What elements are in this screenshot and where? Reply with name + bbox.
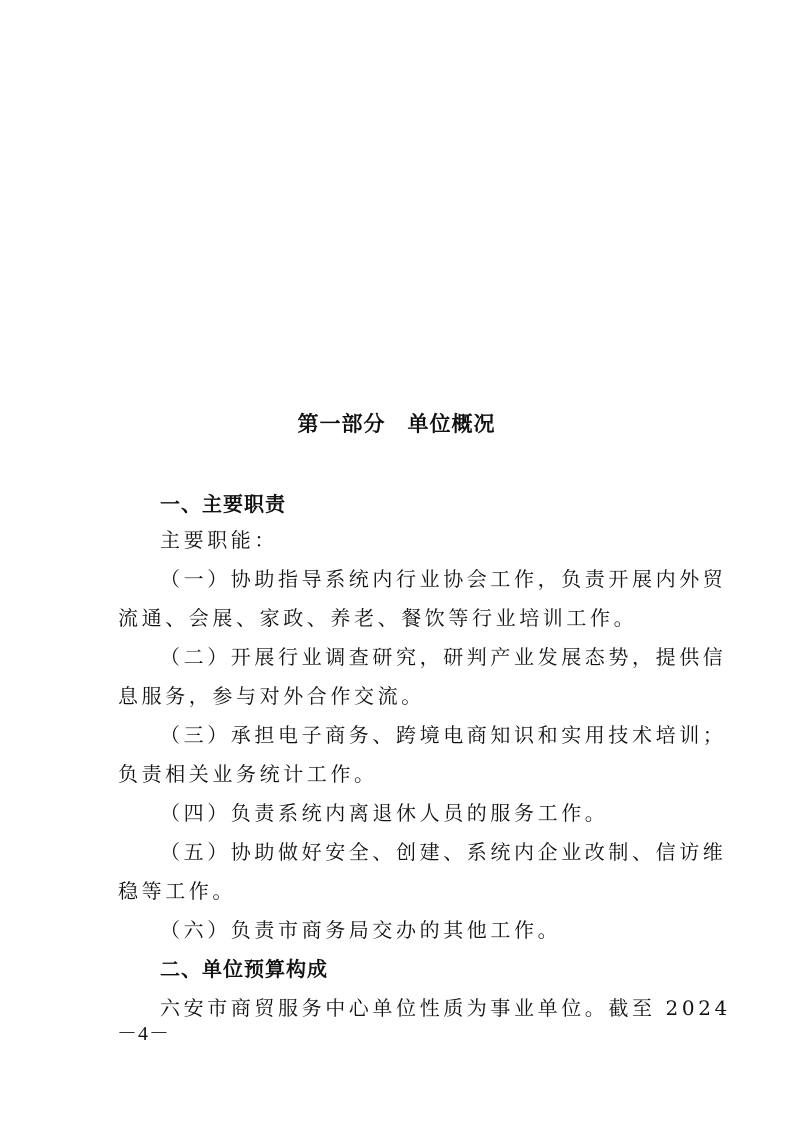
- page-number: －4－: [117, 1017, 170, 1046]
- document-page: 第一部分 单位概况 一、主要职责 主要职能： （一）协助指导系统内行业协会工作，…: [0, 0, 793, 1122]
- functions-intro: 主要职能：: [160, 522, 720, 558]
- duty-item-1-line-2: 流通、会展、家政、养老、餐饮等行业培训工作。: [118, 600, 678, 636]
- budget-body-line-1: 六安市商贸服务中心单位性质为事业单位。截至 2024: [160, 990, 720, 1026]
- section-heading-responsibilities: 一、主要职责: [160, 486, 720, 522]
- duty-item-1-line-1: （一）协助指导系统内行业协会工作，负责开展内外贸: [160, 561, 720, 597]
- duty-item-5-line-2: 稳等工作。: [118, 873, 678, 909]
- section-heading-budget-composition: 二、单位预算构成: [160, 951, 720, 987]
- duty-item-2-line-2: 息服务，参与对外合作交流。: [118, 678, 678, 714]
- duty-item-2-line-1: （二）开展行业调查研究，研判产业发展态势，提供信: [160, 639, 720, 675]
- part-title: 第一部分 单位概况: [0, 408, 793, 438]
- duty-item-3-line-1: （三）承担电子商务、跨境电商知识和实用技术培训；: [160, 717, 720, 753]
- duty-item-6-line-1: （六）负责市商务局交办的其他工作。: [160, 912, 720, 948]
- duty-item-3-line-2: 负责相关业务统计工作。: [118, 756, 678, 792]
- duty-item-4-line-1: （四）负责系统内离退休人员的服务工作。: [160, 795, 720, 831]
- duty-item-5-line-1: （五）协助做好安全、创建、系统内企业改制、信访维: [160, 834, 720, 870]
